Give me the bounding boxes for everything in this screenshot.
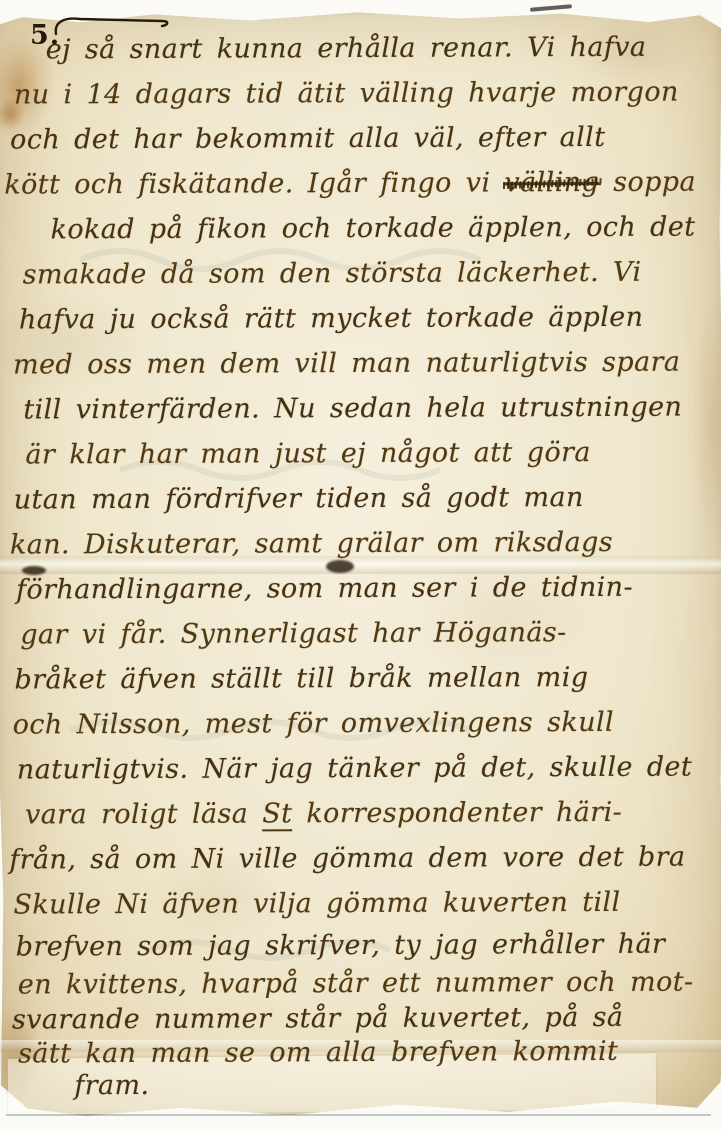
handwritten-line: utan man fördrifver tiden så godt man xyxy=(14,474,721,522)
handwritten-line: förhandlingarne, som man ser i de tidnin… xyxy=(16,564,721,612)
handwritten-line: brefven som jag skrifver, ty jag erhålle… xyxy=(16,924,721,967)
handwritten-line: svarande nummer står på kuvertet, på så xyxy=(12,1000,721,1037)
underlined-abbreviation: St xyxy=(262,798,292,831)
pencil-mark xyxy=(530,4,572,12)
struck-word: välling xyxy=(504,167,599,198)
handwritten-line: gar vi får. Synnerligast har Höganäs- xyxy=(20,609,721,657)
handwritten-line: en kvittens, hvarpå står ett nummer och … xyxy=(18,964,721,1003)
handwritten-line: smakade då som den största läckerhet. Vi xyxy=(23,249,720,297)
handwritten-line: till vinterfärden. Nu sedan hela utrustn… xyxy=(23,384,720,432)
handwritten-line: vara roligt läsa St korrespondenter häri… xyxy=(25,789,721,837)
handwritten-line: med oss men dem vill man naturligtvis sp… xyxy=(13,339,720,387)
handwritten-line: kan. Diskuterar, samt grälar om riksdags xyxy=(10,519,721,567)
handwritten-line: och Nilsson, mest för omvexlingens skull xyxy=(13,699,721,747)
handwritten-line: är klar har man just ej något att göra xyxy=(25,429,720,477)
scanned-letter-page: 5. ej så snart kunna erhålla renar. Vi h… xyxy=(0,0,721,1131)
handwritten-line: och det har bekommit alla väl, efter all… xyxy=(10,114,719,162)
line-text: korrespondenter häri- xyxy=(292,797,622,829)
handwritten-line: nu i 14 dagars tid ätit välling hvarje m… xyxy=(14,69,719,117)
line-text: soppa xyxy=(599,167,696,198)
handwritten-line: från, så om Ni ville gömma dem vore det … xyxy=(9,834,721,882)
handwritten-line: kött och fiskätande. Igår fingo vi välli… xyxy=(4,159,719,207)
handwritten-line: bråket äfven ställt till bråk mellan mig xyxy=(14,654,721,702)
handwritten-line: ej så snart kunna erhålla renar. Vi hafv… xyxy=(46,24,719,72)
handwritten-line: fram. xyxy=(74,1067,721,1102)
handwritten-line: kokad på fikon och torkade äpplen, och d… xyxy=(50,204,719,252)
handwritten-line: naturligtvis. När jag tänker på det, sku… xyxy=(17,744,721,792)
line-text: vara roligt läsa xyxy=(25,798,262,830)
paper-edge-shadow xyxy=(6,1114,711,1116)
letter-body: ej så snart kunna erhålla renar. Vi hafv… xyxy=(0,24,721,1102)
handwritten-line: hafva ju också rätt mycket torkade äpple… xyxy=(19,294,720,342)
handwritten-line: Skulle Ni äfven vilja gömma kuverten til… xyxy=(13,879,721,927)
handwritten-line: sätt kan man se om alla brefven kommit xyxy=(18,1034,721,1070)
line-text: kött och fiskätande. Igår fingo vi xyxy=(4,167,504,200)
